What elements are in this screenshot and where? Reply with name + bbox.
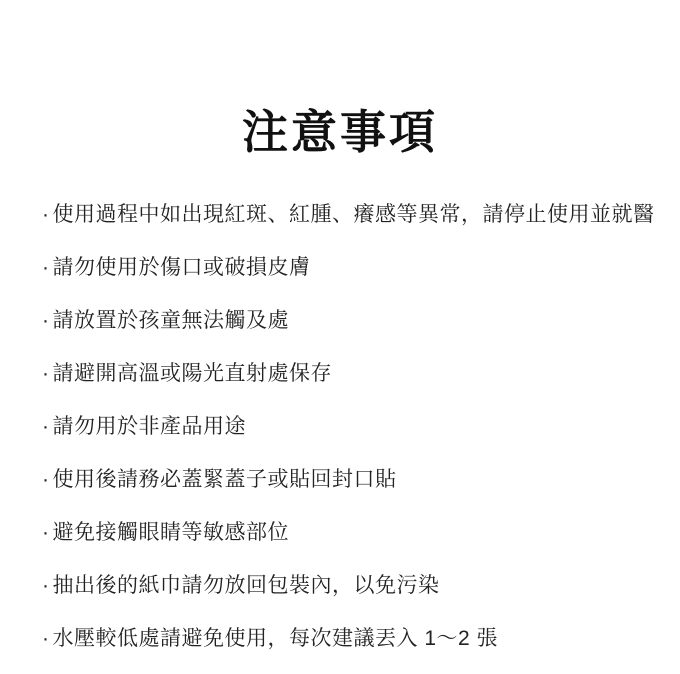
list-item-text: 請勿使用於傷口或破損皮膚 — [53, 256, 663, 279]
list-item: · 避免接觸眼睛等敏感部位 — [42, 521, 662, 544]
bullet-dot: · — [42, 415, 50, 438]
list-item: · 請放置於孩童無法觸及處 — [42, 309, 662, 332]
list-item-text: 請勿用於非產品用途 — [53, 415, 663, 438]
bullet-dot: · — [42, 256, 50, 279]
list-item: · 使用過程中如出現紅斑、紅腫、癢感等異常，請停止使用並就醫 — [42, 203, 662, 226]
list-item: · 抽出後的紙巾請勿放回包裝內，以免污染 — [42, 574, 662, 597]
list-item-text: 請放置於孩童無法觸及處 — [53, 309, 663, 332]
list-item-text: 抽出後的紙巾請勿放回包裝內，以免污染 — [53, 574, 663, 597]
bullet-dot: · — [42, 627, 50, 650]
bullet-dot: · — [42, 362, 50, 385]
bullet-dot: · — [42, 574, 50, 597]
list-item-text: 請避開高溫或陽光直射處保存 — [53, 362, 663, 385]
list-item: · 請勿用於非產品用途 — [42, 415, 662, 438]
list-item: · 請勿使用於傷口或破損皮膚 — [42, 256, 662, 279]
list-item-text: 水壓較低處請避免使用，每次建議丟入 1～2 張 — [53, 627, 663, 650]
precautions-list: · 使用過程中如出現紅斑、紅腫、癢感等異常，請停止使用並就醫 · 請勿使用於傷口… — [0, 203, 680, 650]
bullet-dot: · — [42, 521, 50, 544]
bullet-dot: · — [42, 203, 50, 226]
list-item-text: 使用過程中如出現紅斑、紅腫、癢感等異常，請停止使用並就醫 — [53, 203, 663, 226]
precautions-page: 注意事項 · 使用過程中如出現紅斑、紅腫、癢感等異常，請停止使用並就醫 · 請勿… — [0, 0, 680, 674]
list-item: · 使用後請務必蓋緊蓋子或貼回封口貼 — [42, 468, 662, 491]
page-title: 注意事項 — [0, 31, 680, 157]
list-item: · 水壓較低處請避免使用，每次建議丟入 1～2 張 — [42, 627, 662, 650]
bullet-dot: · — [42, 468, 50, 491]
list-item-text: 使用後請務必蓋緊蓋子或貼回封口貼 — [53, 468, 663, 491]
list-item: · 請避開高溫或陽光直射處保存 — [42, 362, 662, 385]
bullet-dot: · — [42, 309, 50, 332]
list-item-text: 避免接觸眼睛等敏感部位 — [53, 521, 663, 544]
